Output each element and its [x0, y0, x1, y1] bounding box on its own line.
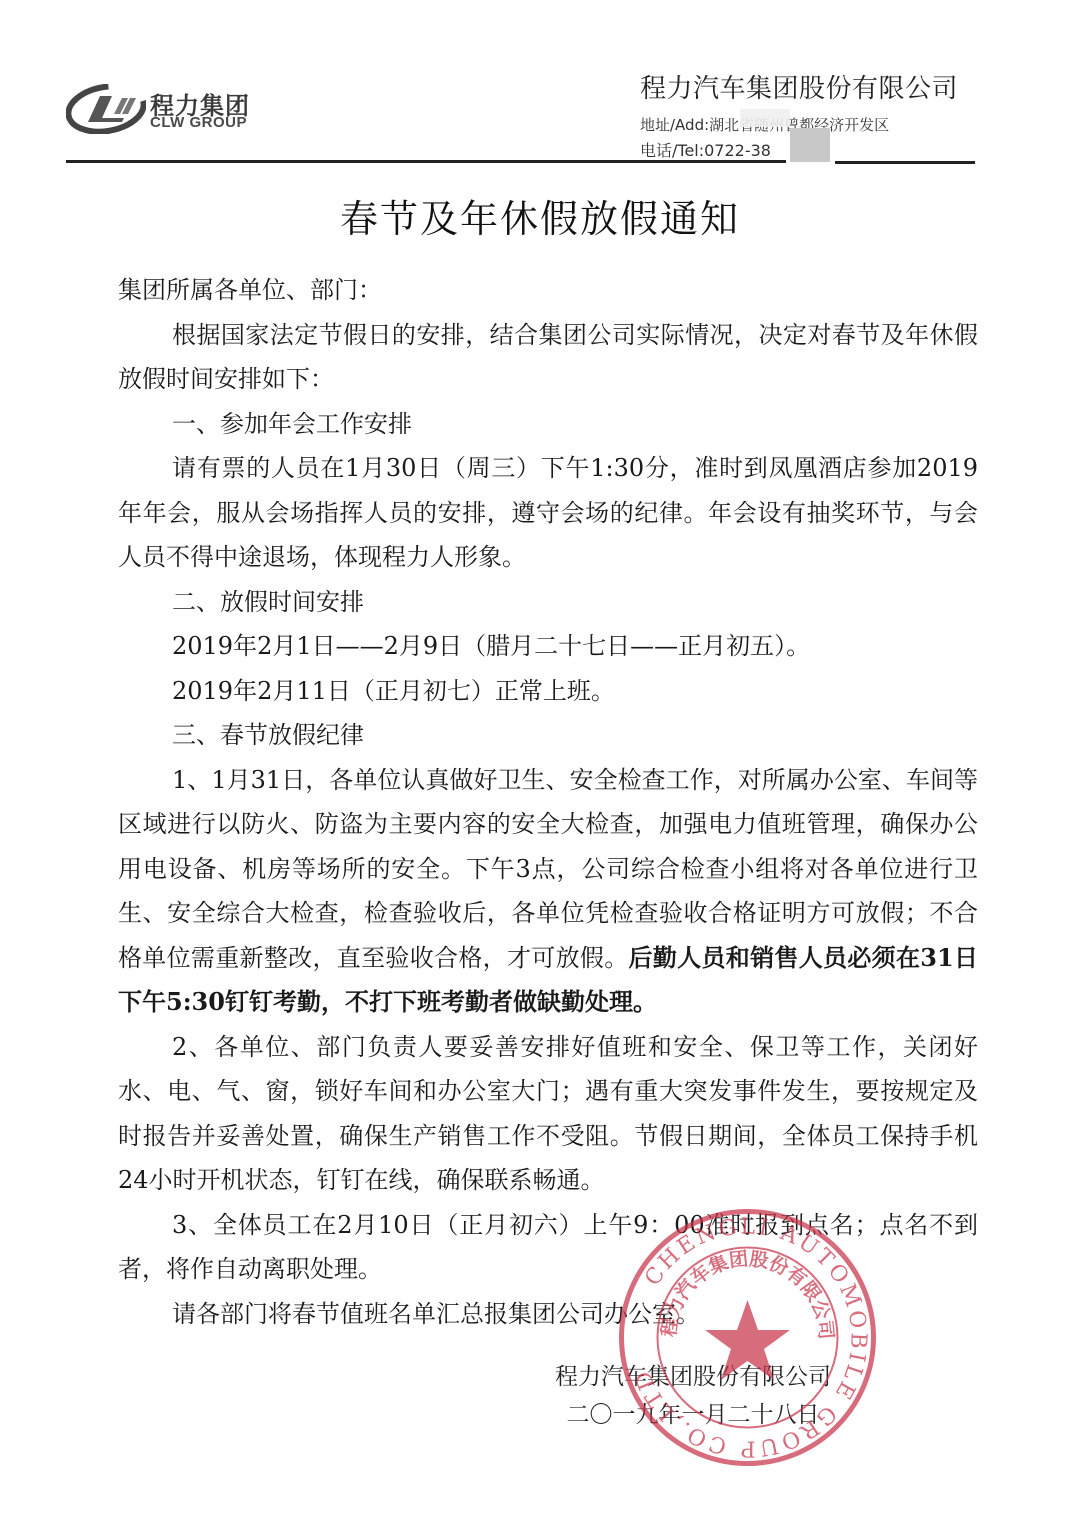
logo-english-name: CLW GROUP — [150, 114, 247, 131]
document-title: 春节及年休假放假通知 — [0, 188, 1080, 243]
holiday-dates: 2019年2月1日——2月9日（腊月二十七日——正月初五）。 — [118, 624, 978, 669]
signature-company: 程力汽车集团股份有限公司 — [555, 1358, 831, 1396]
clw-logo-icon — [66, 84, 146, 134]
signature-block: 程力汽车集团股份有限公司 二〇一九年一月二十八日 — [555, 1358, 831, 1434]
section-2-heading: 二、放假时间安排 — [118, 580, 978, 625]
section-3-heading: 三、春节放假纪律 — [118, 713, 978, 758]
section-1-text: 请有票的人员在1月30日（周三）下午1:30分，准时到凤凰酒店参加2019年年会… — [118, 446, 978, 580]
intro-paragraph: 根据国家法定节假日的安排，结合集团公司实际情况，决定对春节及年休假放假时间安排如… — [118, 313, 978, 402]
closing-paragraph: 请各部门将春节值班名单汇总报集团公司办公室。 — [118, 1292, 978, 1337]
rule-item-1: 1、1月31日，各单位认真做好卫生、安全检查工作，对所属办公室、车间等区域进行以… — [118, 758, 978, 1025]
header-divider — [66, 160, 786, 163]
document-body: 集团所属各单位、部门： 根据国家法定节假日的安排，结合集团公司实际情况，决定对春… — [118, 268, 978, 1336]
section-1-heading: 一、参加年会工作安排 — [118, 402, 978, 447]
signature-date: 二〇一九年一月二十八日 — [555, 1396, 831, 1434]
return-to-work-date: 2019年2月11日（正月初七）正常上班。 — [118, 669, 978, 714]
letterhead-phone: 电话/Tel:0722-38 — [640, 138, 771, 161]
letterhead-company-name: 程力汽车集团股份有限公司 — [640, 68, 958, 105]
company-logo: 程力集团 CLW GROUP — [66, 84, 286, 134]
rule-item-3: 3、全体员工在2月10日（正月初六）上午9：00准时报到点名；点名不到者，将作自… — [118, 1203, 978, 1292]
header-divider-right — [835, 161, 975, 164]
redaction-box — [790, 128, 830, 162]
salutation: 集团所属各单位、部门： — [118, 268, 978, 313]
redaction-blur — [740, 109, 790, 127]
rule-item-1-text: 1、1月31日，各单位认真做好卫生、安全检查工作，对所属办公室、车间等区域进行以… — [118, 766, 978, 972]
rule-item-2: 2、各单位、部门负责人要妥善安排好值班和安全、保卫等工作，关闭好水、电、气、窗，… — [118, 1025, 978, 1203]
